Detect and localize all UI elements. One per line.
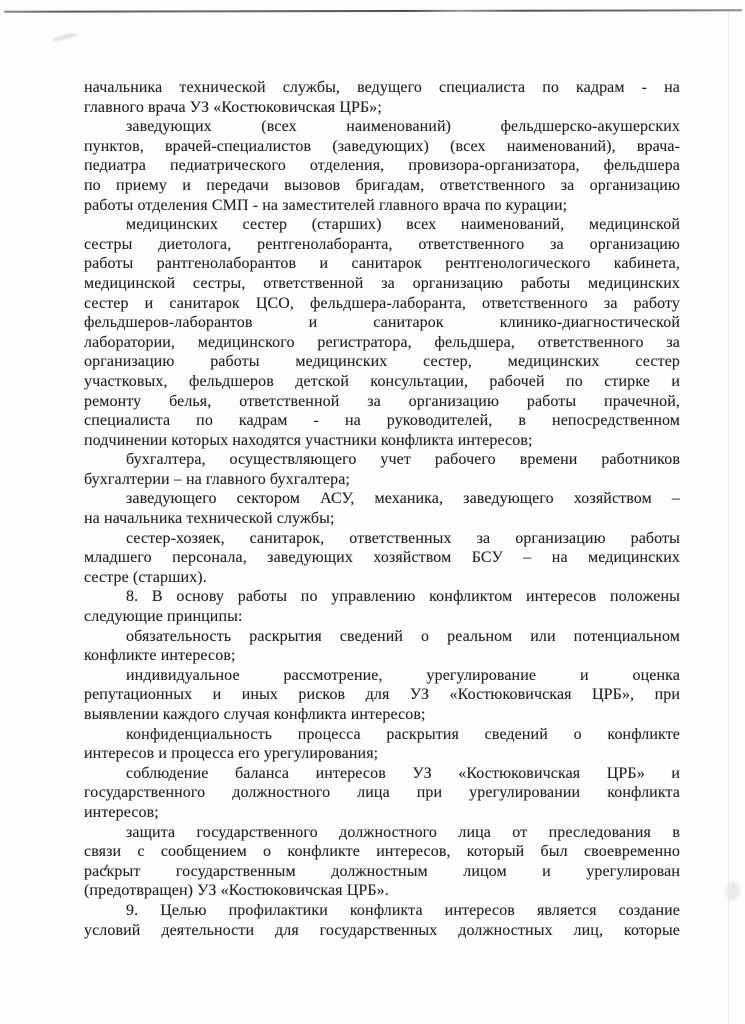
text-line: следующие принципы: (84, 607, 680, 627)
text-line: организацию работы медицинских сестер, м… (84, 352, 680, 372)
text-line: заведующего сектором АСУ, механика, заве… (84, 489, 680, 509)
paragraph: начальника технической службы, ведущего … (84, 78, 680, 117)
paragraph: заведующих (всех наименований) фельдшерс… (84, 117, 680, 215)
text-line: интересов; (84, 803, 680, 823)
text-line: (предотвращен) УЗ «Костюковичская ЦРБ». (84, 881, 680, 901)
paragraph: сестер-хозяек, санитарок, ответственных … (84, 529, 680, 588)
scan-smudge-top-left (52, 32, 78, 42)
text-line: главного врача УЗ «Костюковичская ЦРБ»; (84, 98, 680, 118)
text-line: условий деятельности для государственных… (84, 921, 680, 941)
paragraph: соблюдение баланса интересов УЗ «Костюко… (84, 764, 680, 823)
scan-top-edge-line (4, 9, 742, 13)
text-line: сестре (старших). (84, 568, 680, 588)
text-line: начальника технической службы, ведущего … (84, 78, 680, 98)
text-line: по приему и передачи вызовов бригадам, о… (84, 176, 680, 196)
document-text: начальника технической службы, ведущего … (84, 78, 680, 940)
text-line: медицинской сестры, ответственной за орг… (84, 274, 680, 294)
text-line: на начальника технической службы; (84, 509, 680, 529)
paragraph: медицинских сестер (старших) всех наимен… (84, 215, 680, 450)
text-line: выявлении каждого случая конфликта интер… (84, 705, 680, 725)
text-line: пунктов, врачей-специалистов (заведующих… (84, 137, 680, 157)
text-line: работы рантгенолаборантов и санитарок ре… (84, 254, 680, 274)
text-line: бухгалтера, осуществляющего учет рабочег… (84, 450, 680, 470)
paragraph: конфиденциальность процесса раскрытия св… (84, 725, 680, 764)
text-line: репутационных и иных рисков для УЗ «Кост… (84, 685, 680, 705)
text-line: индивидуальное рассмотрение, урегулирова… (84, 666, 680, 686)
scan-right-edge-streak (728, 12, 729, 1024)
text-line: 8. В основу работы по управлению конфлик… (84, 587, 680, 607)
scanned-page: начальника технической службы, ведущего … (0, 0, 745, 1024)
scan-smudge-right (726, 882, 740, 900)
text-line: связи с сообщением о конфликте интересов… (84, 842, 680, 862)
text-line: специалиста по кадрам - на руководителей… (84, 411, 680, 431)
text-line: заведующих (всех наименований) фельдшерс… (84, 117, 680, 137)
paragraph: защита государственного должностного лиц… (84, 823, 680, 901)
text-line: ремонту белья, ответственной за организа… (84, 392, 680, 412)
text-line: сестер и санитарок ЦСО, фельдшера-лабора… (84, 294, 680, 314)
text-line: педиатра педиатрического отделения, пров… (84, 156, 680, 176)
paragraph: 8. В основу работы по управлению конфлик… (84, 587, 680, 626)
text-line: конфликте интересов; (84, 646, 680, 666)
text-line: подчинении которых находятся участники к… (84, 431, 680, 451)
text-line: защита государственного должностного лиц… (84, 823, 680, 843)
text-line: фельдшеров-лаборантов и санитарок клиник… (84, 313, 680, 333)
text-line: младшего персонала, заведующих хозяйство… (84, 548, 680, 568)
text-line: государственного должностного лица при у… (84, 783, 680, 803)
text-line: сестер-хозяек, санитарок, ответственных … (84, 529, 680, 549)
paragraph: бухгалтера, осуществляющего учет рабочег… (84, 450, 680, 489)
text-line: бухгалтерии – на главного бухгалтера; (84, 470, 680, 490)
text-line: конфиденциальность процесса раскрытия св… (84, 725, 680, 745)
text-line: работы отделения СМП - на заместителей г… (84, 196, 680, 216)
paragraph: обязательность раскрытия сведений о реал… (84, 627, 680, 666)
paragraph: индивидуальное рассмотрение, урегулирова… (84, 666, 680, 725)
paragraph: 9. Целью профилактики конфликта интересо… (84, 901, 680, 940)
text-line: обязательность раскрытия сведений о реал… (84, 627, 680, 647)
text-line: 9. Целью профилактики конфликта интересо… (84, 901, 680, 921)
text-line: сестры диетолога, рентгенолаборанта, отв… (84, 235, 680, 255)
text-line: интересов и процесса его урегулирования; (84, 744, 680, 764)
text-line: медицинских сестер (старших) всех наимен… (84, 215, 680, 235)
text-line: раскрыт государственным должностным лицо… (84, 862, 680, 882)
text-line: участковых, фельдшеров детской консульта… (84, 372, 680, 392)
text-line: лаборатории, медицинского регистратора, … (84, 333, 680, 353)
text-line: соблюдение баланса интересов УЗ «Костюко… (84, 764, 680, 784)
paragraph: заведующего сектором АСУ, механика, заве… (84, 489, 680, 528)
